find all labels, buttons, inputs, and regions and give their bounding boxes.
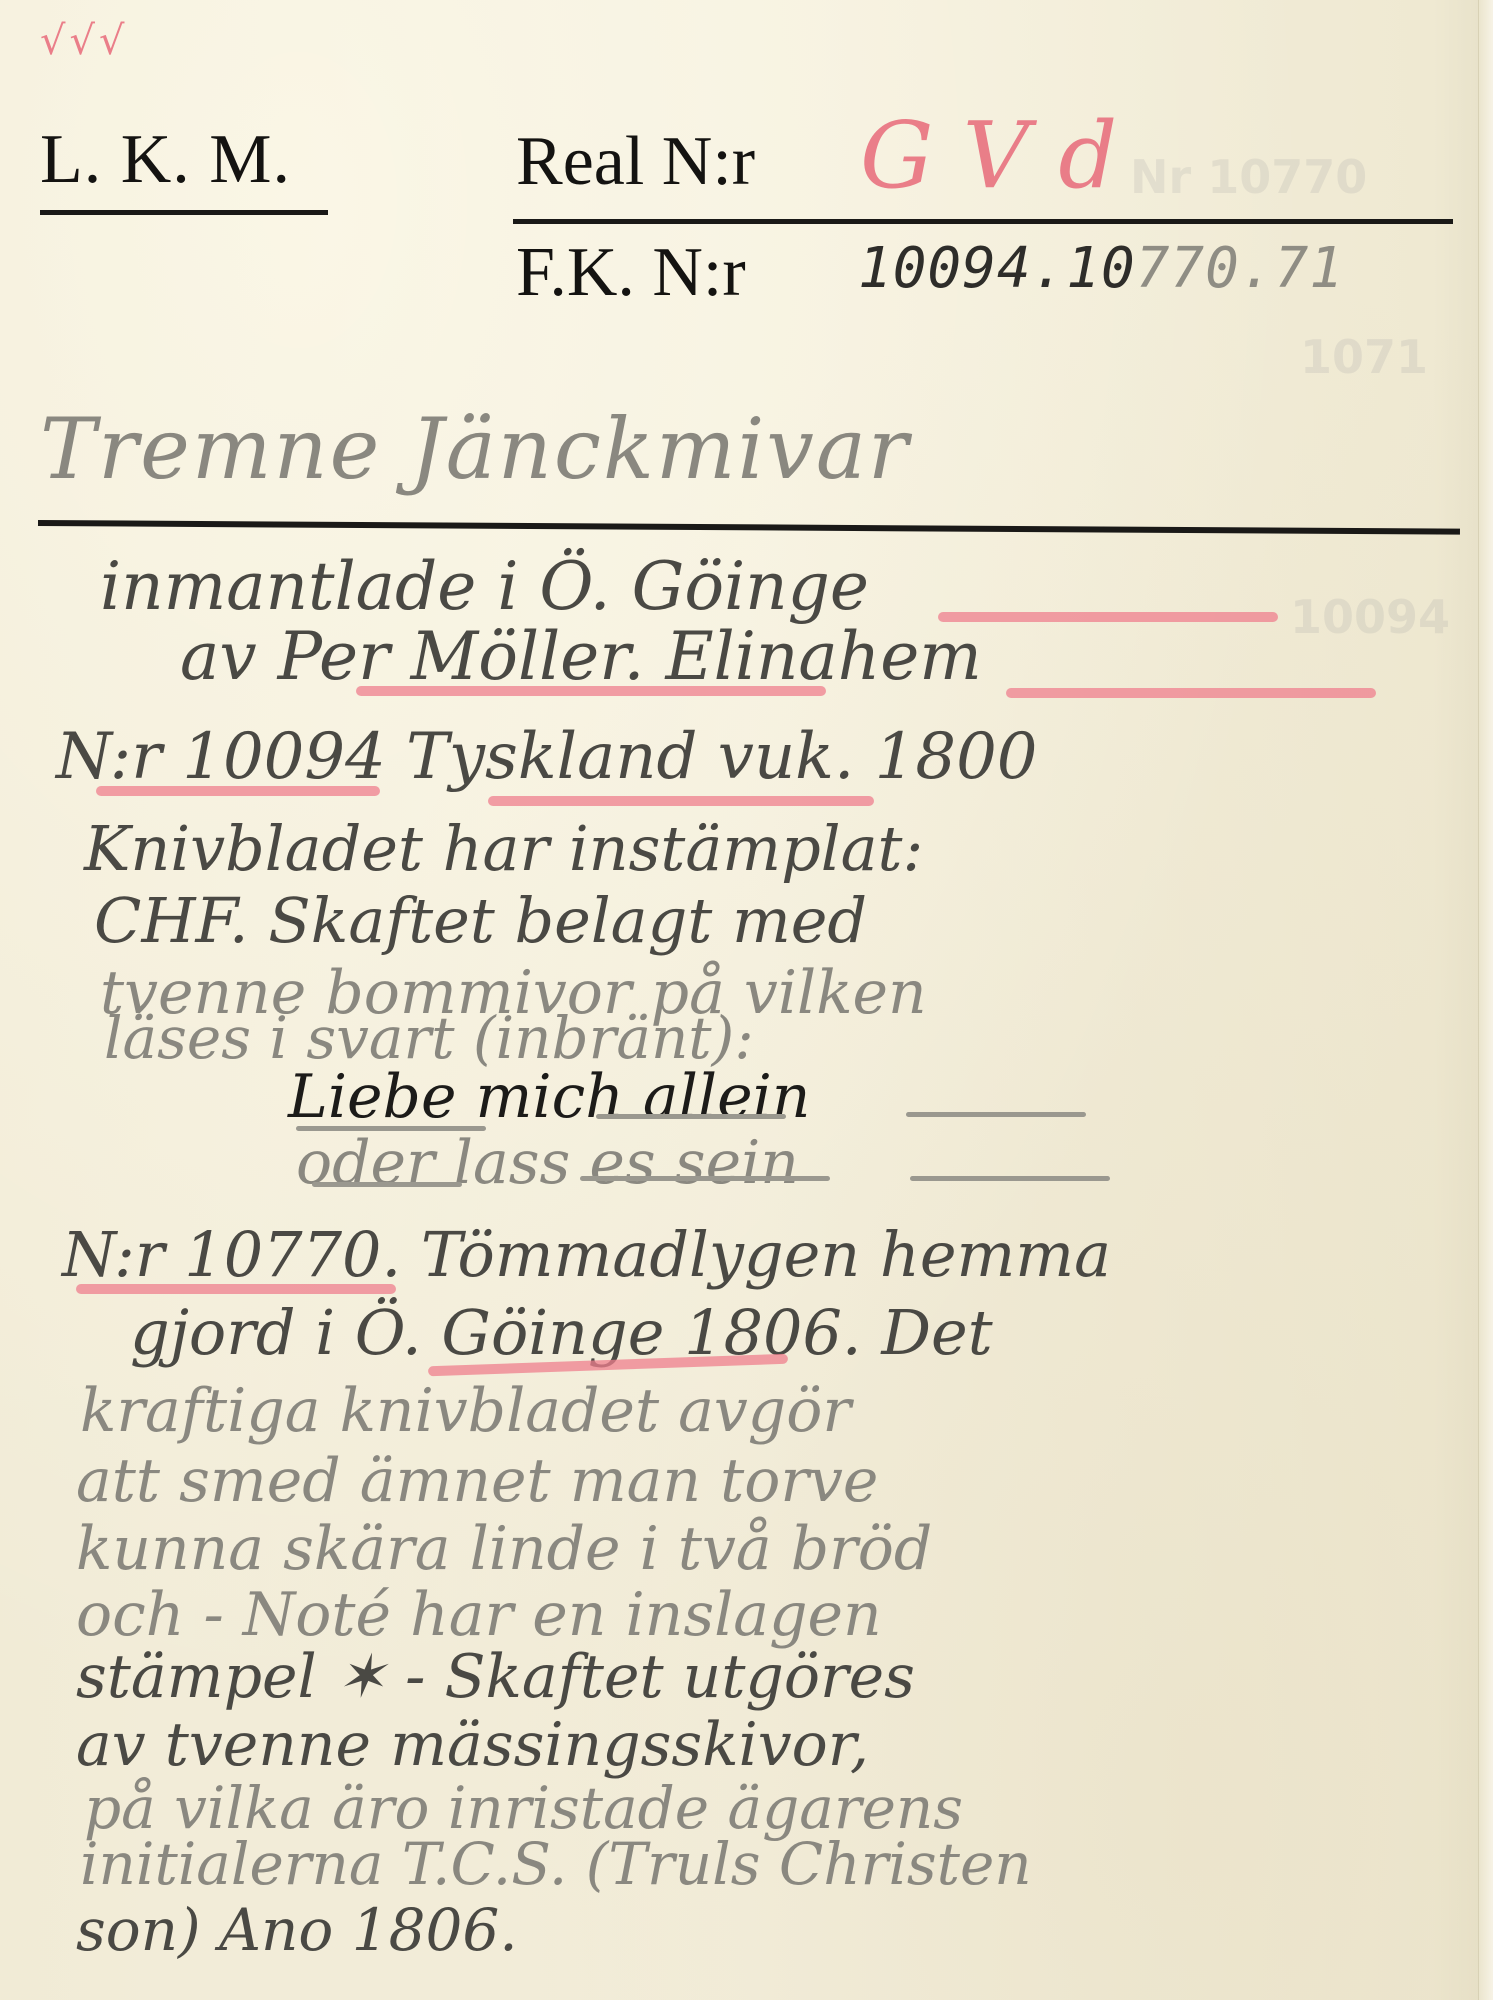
text-line: av Per Möller. Elinahem xyxy=(180,618,982,695)
fk-nr-label: F.K. N:r xyxy=(516,233,746,313)
text-line: CHF. Skaftet belagt med xyxy=(94,884,867,957)
bleed-through-text: 10094 xyxy=(1290,590,1450,644)
text-line: att smed ämnet man torve xyxy=(76,1446,878,1516)
gray-underline xyxy=(312,1182,462,1187)
fk-nr-value: 10094.10770.71 xyxy=(858,236,1344,301)
catalog-card: Nr 10770 1071 10094 √√√ L. K. M. Real N:… xyxy=(0,0,1493,2000)
red-underline xyxy=(488,796,874,806)
fk-nr-dark: 10094.10 xyxy=(858,236,1136,301)
text-line: N:r 10094 Tyskland vuk. 1800 xyxy=(56,720,1038,794)
card-edge xyxy=(1478,0,1493,2000)
gray-underline xyxy=(906,1112,1086,1117)
fk-nr-faint: 770.71 xyxy=(1136,236,1344,301)
text-line: kunna skära linde i två bröd xyxy=(76,1514,932,1584)
red-underline xyxy=(1006,688,1376,698)
text-line: stämpel ✶ - Skaftet utgöres xyxy=(76,1642,915,1712)
org-label: L. K. M. xyxy=(40,120,291,200)
bleed-through-text: Nr 10770 xyxy=(1130,150,1367,204)
org-underline xyxy=(40,210,328,215)
text-line: och - Noté har en inslagen xyxy=(76,1580,882,1650)
gray-underline xyxy=(596,1114,786,1119)
text-line: gjord i Ö. Göinge 1806. Det xyxy=(130,1296,993,1369)
title-divider xyxy=(38,520,1460,535)
text-line: inmantlade i Ö. Göinge xyxy=(100,548,869,625)
text-line: kraftiga knivbladet avgör xyxy=(80,1376,851,1446)
text-line: av tvenne mässingsskivor, xyxy=(76,1710,869,1780)
inscription-line: Liebe mich allein xyxy=(288,1062,810,1132)
inscription-line: oder lass es sein xyxy=(296,1128,799,1198)
bleed-through-text: 1071 xyxy=(1300,330,1428,384)
text-line: initialerna T.C.S. (Truls Christen xyxy=(80,1830,1032,1898)
check-marks: √√√ xyxy=(40,18,128,64)
red-underline xyxy=(76,1284,396,1294)
text-line: son) Ano 1806. xyxy=(76,1896,518,1964)
real-nr-label: Real N:r xyxy=(516,122,755,202)
red-underline xyxy=(356,686,826,696)
gray-underline xyxy=(910,1176,1110,1181)
card-title: Tremne Jänckmivar xyxy=(40,400,910,498)
red-underline xyxy=(938,612,1278,622)
text-line: N:r 10770. Tömmadlygen hemma xyxy=(62,1218,1111,1291)
real-nr-value: G V d xyxy=(860,102,1117,209)
header-divider xyxy=(513,219,1453,224)
text-line: Knivbladet har instämplat: xyxy=(84,812,923,885)
red-underline xyxy=(96,786,380,796)
gray-underline xyxy=(580,1176,830,1181)
